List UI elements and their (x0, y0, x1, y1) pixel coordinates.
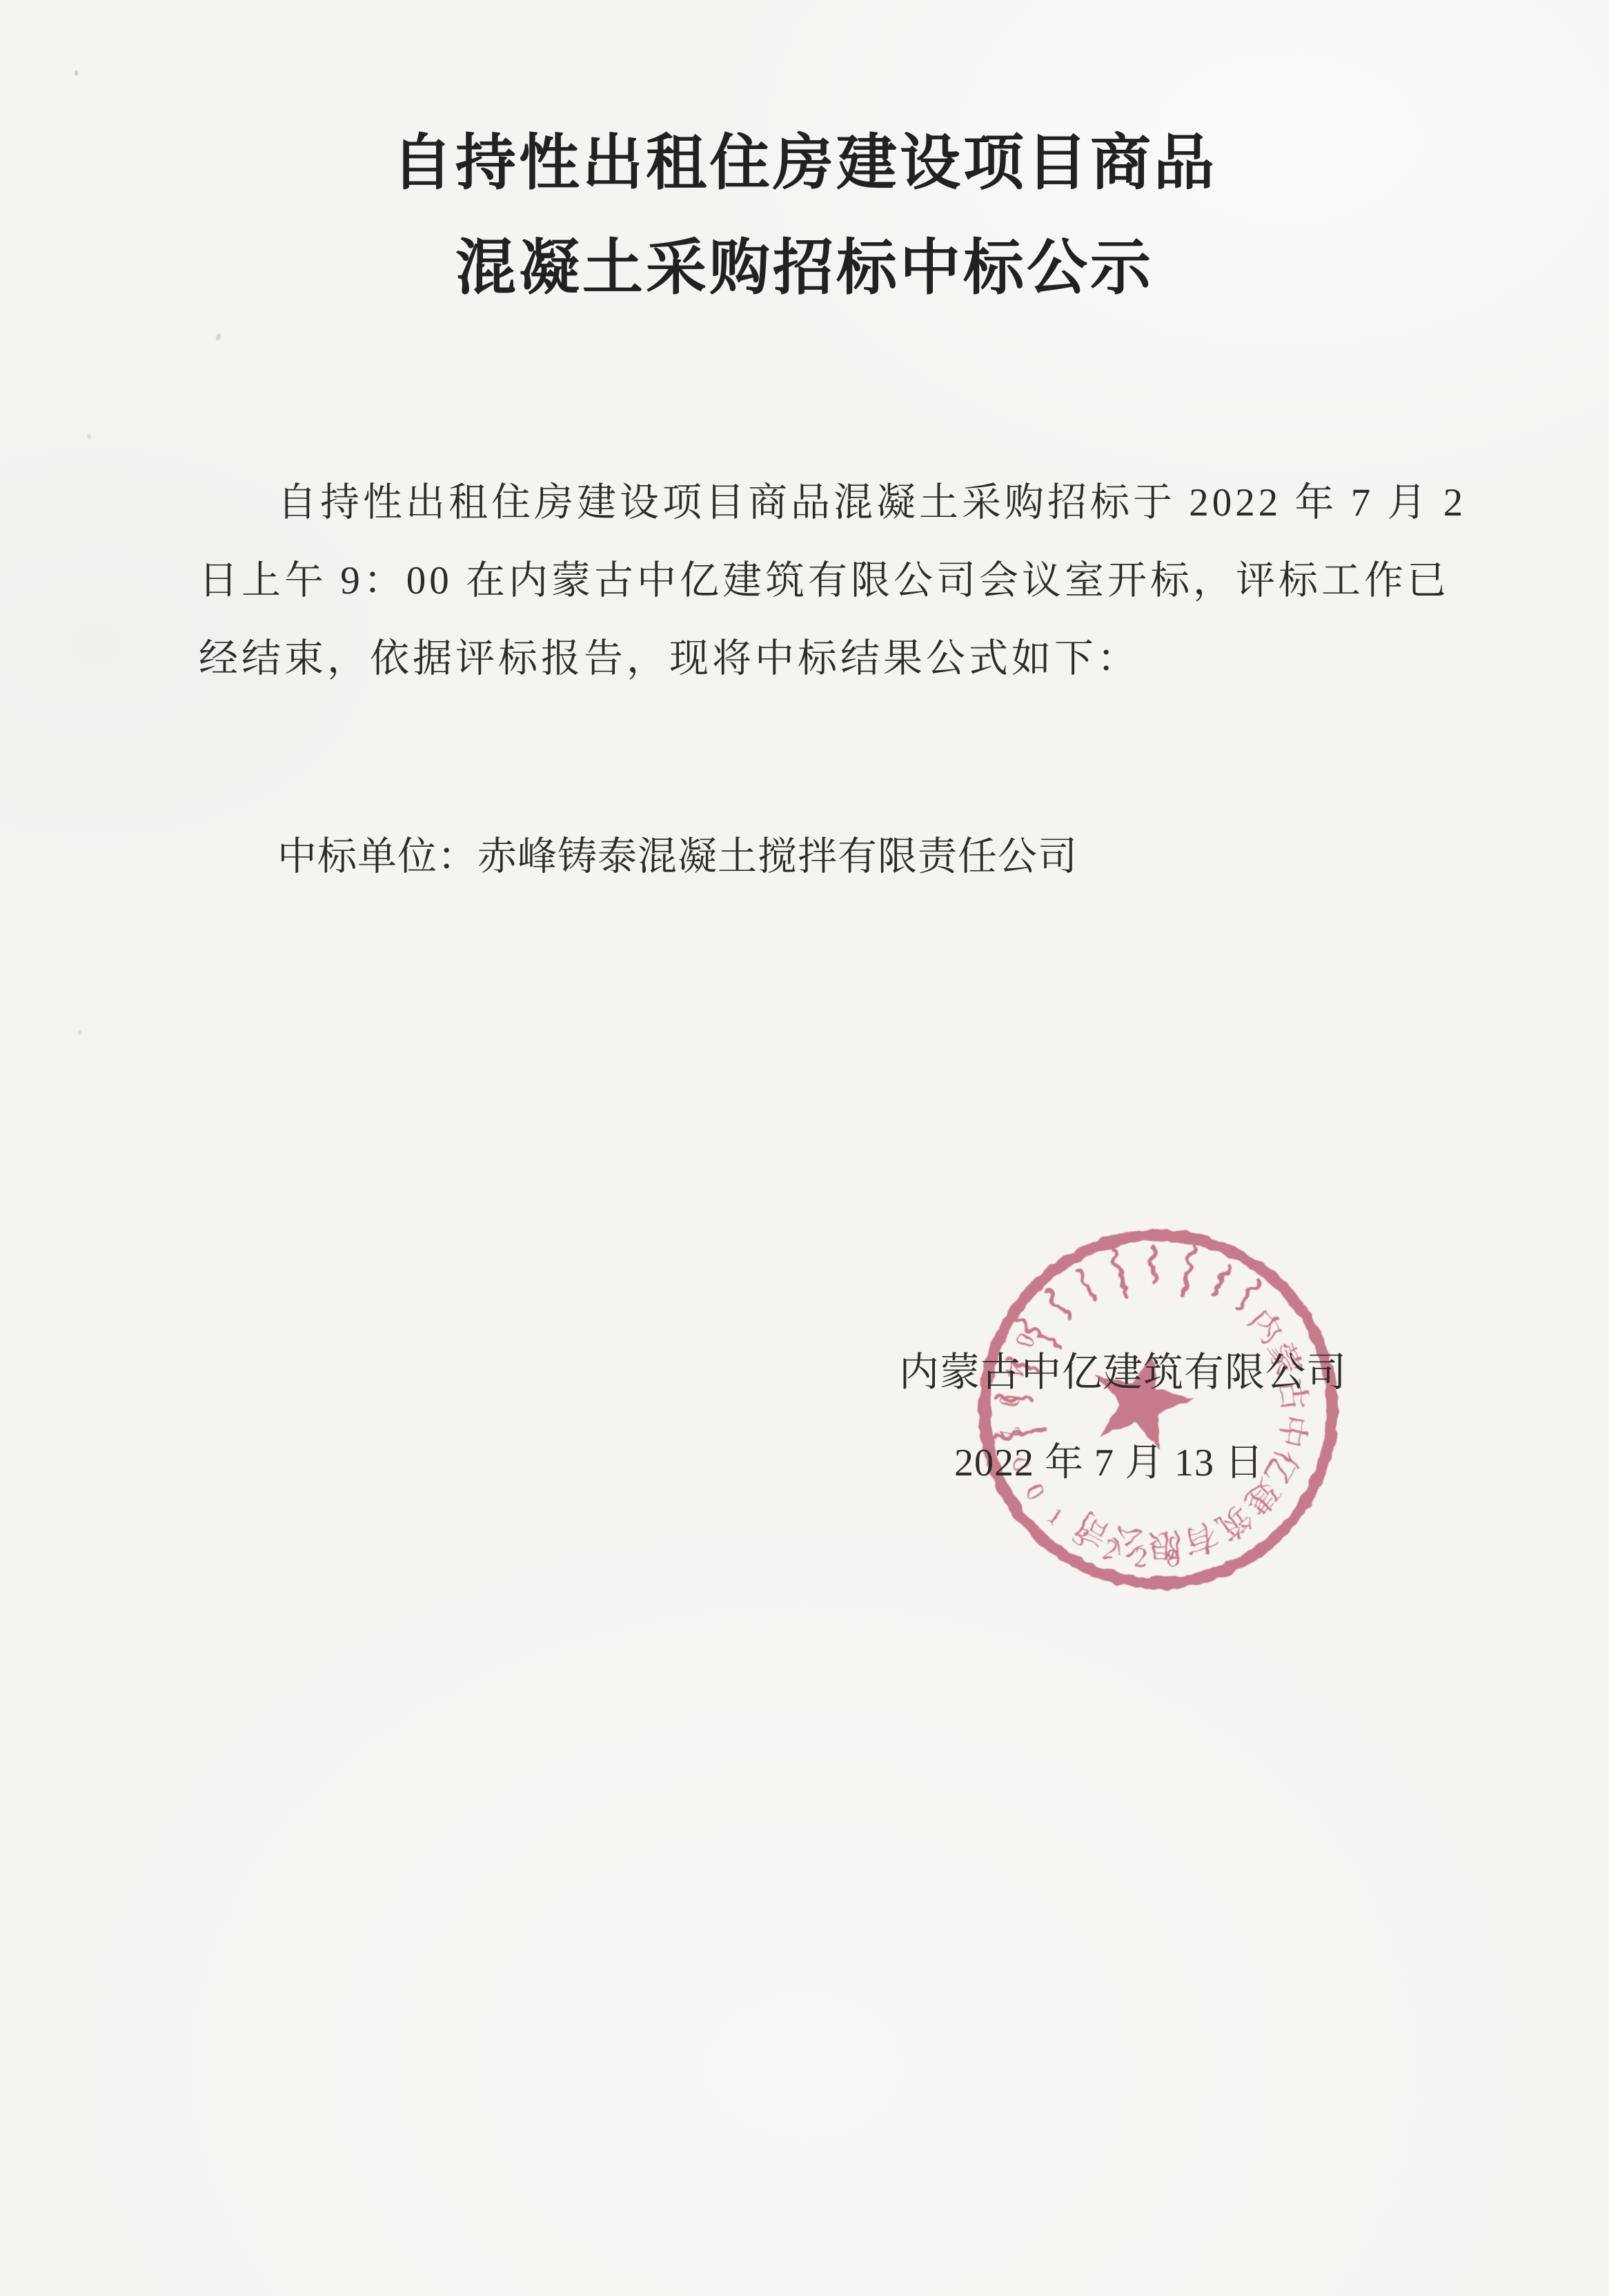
document-title-line2: 混凝土采购招标中标公示 (0, 215, 1609, 320)
paragraph-line: 经结束，依据评标报告，现将中标结果公式如下： (199, 620, 1413, 698)
paper-speck (215, 333, 222, 342)
paragraph-line: 日上午 9：00 在内蒙古中亿建筑有限公司会议室开标，评标工作已 (199, 542, 1413, 620)
document-title: 自持性出租住房建设项目商品 混凝土采购招标中标公示 (0, 110, 1609, 320)
signature-date: 2022 年 7 月 13 日 (954, 1441, 1264, 1485)
company-seal: 内蒙古中亿建筑有限公司 04020013228 (951, 1202, 1365, 1616)
paper-speck (75, 70, 78, 76)
scanned-document-page: 内蒙古中亿建筑有限公司 04020013228 自持性出租住房建设项目商品 混凝… (0, 0, 1609, 2296)
paper-speck (78, 1030, 81, 1035)
body-paragraph: 自持性出租住房建设项目商品混凝土采购招标于 2022 年 7 月 2 日上午 9… (199, 464, 1413, 698)
paper-speck (87, 434, 91, 438)
signature-company: 内蒙古中亿建筑有限公司 (899, 1350, 1347, 1395)
document-title-line1: 自持性出租住房建设项目商品 (0, 110, 1609, 215)
paragraph-line: 自持性出租住房建设项目商品混凝土采购招标于 2022 年 7 月 2 (199, 464, 1413, 542)
winner-line: 中标单位：赤峰铸泰混凝土搅拌有限责任公司 (199, 834, 1078, 881)
